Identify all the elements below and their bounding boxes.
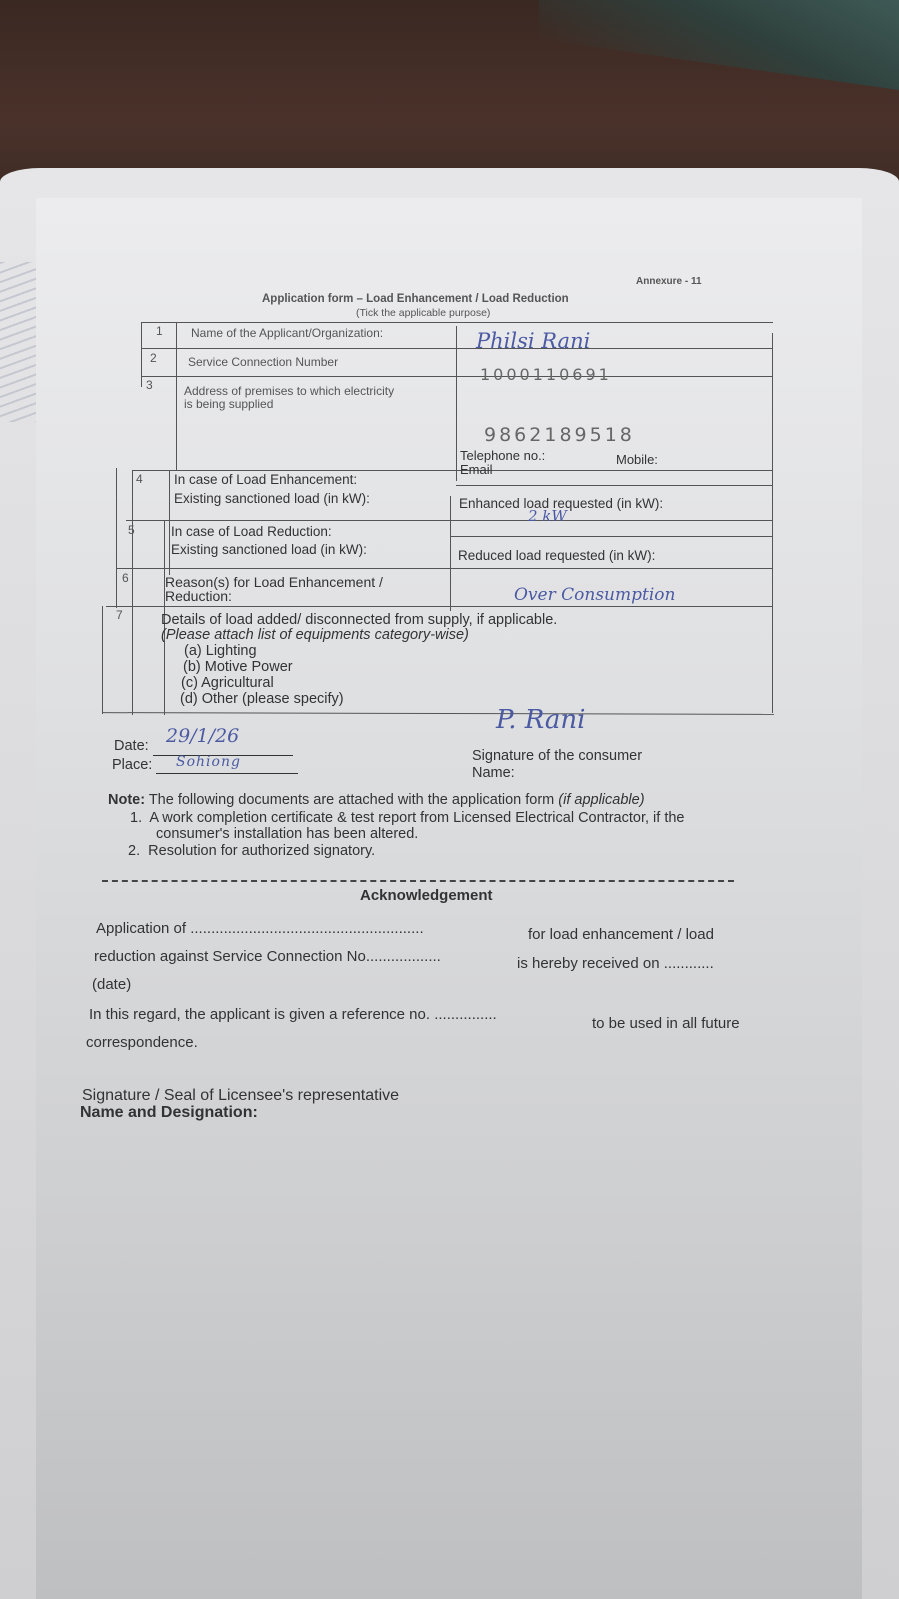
underlying-sheet-scribble (0, 262, 36, 422)
row-2-number: 2 (150, 351, 157, 365)
load-enhancement-heading: In case of Load Enhancement: (174, 472, 357, 487)
section-divider (102, 880, 734, 882)
place-label: Place: (112, 757, 152, 773)
place-value: Sohiong (176, 754, 241, 770)
reason-value: Over Consumption (514, 585, 675, 605)
row-4-number: 4 (136, 472, 143, 486)
licensee-signature-label: Signature / Seal of Licensee's represent… (82, 1087, 399, 1105)
ack-line-4a: In this regard, the applicant is given a… (89, 1006, 497, 1023)
row-1-number: 1 (156, 324, 163, 338)
note-item-1-cont: consumer's installation has been altered… (156, 826, 418, 842)
form-subtitle: (Tick the applicable purpose) (356, 307, 490, 319)
date-label: Date: (114, 738, 149, 754)
address-label-line1: Address of premises to which electricity (184, 384, 394, 398)
category-agricultural: (c) Agricultural (181, 675, 274, 691)
service-connection-label: Service Connection Number (188, 355, 338, 369)
row-3-number: 3 (146, 378, 153, 392)
applicant-name-label: Name of the Applicant/Organization: (191, 326, 383, 340)
ack-line-3: (date) (92, 976, 131, 993)
mobile-label: Mobile: (616, 452, 658, 467)
consumer-signature: P. Rani (496, 705, 586, 735)
load-reduction-heading: In case of Load Reduction: (171, 524, 332, 539)
load-details-label: Details of load added/ disconnected from… (161, 612, 557, 628)
application-form-page: Annexure - 11 Application form – Load En… (36, 198, 862, 1599)
row-6-number: 6 (122, 571, 129, 585)
row-7-number: 7 (116, 608, 123, 622)
phone-value: 9862189518 (484, 424, 635, 446)
telephone-label: Telephone no.: (460, 448, 545, 463)
note-item-1: 1. A work completion certificate & test … (130, 810, 684, 826)
ack-line-2b: is hereby received on ............ (517, 955, 714, 972)
ack-line-1a: Application of .........................… (96, 920, 424, 937)
reduced-load-label: Reduced load requested (in kW): (458, 548, 655, 563)
acknowledgement-title: Acknowledgement (360, 887, 493, 904)
ack-line-1b: for load enhancement / load (528, 926, 714, 943)
email-label: Email (460, 462, 493, 477)
ack-line-2a: reduction against Service Connection No.… (94, 948, 441, 965)
name-designation-label: Name and Designation: (80, 1104, 258, 1122)
ack-line-4b: to be used in all future (592, 1015, 740, 1032)
existing-load-label-reduction: Existing sanctioned load (in kW): (171, 542, 367, 557)
service-connection-value: 1000110691 (480, 365, 612, 384)
note-text: Note: The following documents are attach… (108, 792, 645, 808)
category-other: (d) Other (please specify) (180, 691, 344, 707)
existing-load-label-enhancement: Existing sanctioned load (in kW): (174, 491, 370, 506)
enhanced-load-value: 2 kW (528, 507, 567, 525)
form-title: Application form – Load Enhancement / Lo… (262, 293, 569, 305)
ack-line-5: correspondence. (86, 1034, 198, 1051)
address-label-line2: is being supplied (184, 397, 273, 411)
reason-label-line2: Reduction: (165, 588, 232, 604)
category-motive-power: (b) Motive Power (183, 659, 293, 675)
annexure-label: Annexure - 11 (636, 276, 702, 287)
applicant-name-value: Philsi Rani (476, 329, 590, 353)
note-item-2: 2. Resolution for authorized signatory. (128, 843, 375, 859)
row-5-number: 5 (128, 523, 135, 537)
date-value: 29/1/26 (166, 725, 239, 747)
signature-label: Signature of the consumer (472, 748, 642, 764)
category-lighting: (a) Lighting (184, 643, 257, 659)
load-details-note: (Please attach list of equipments catego… (161, 627, 469, 643)
name-label: Name: (472, 765, 515, 781)
